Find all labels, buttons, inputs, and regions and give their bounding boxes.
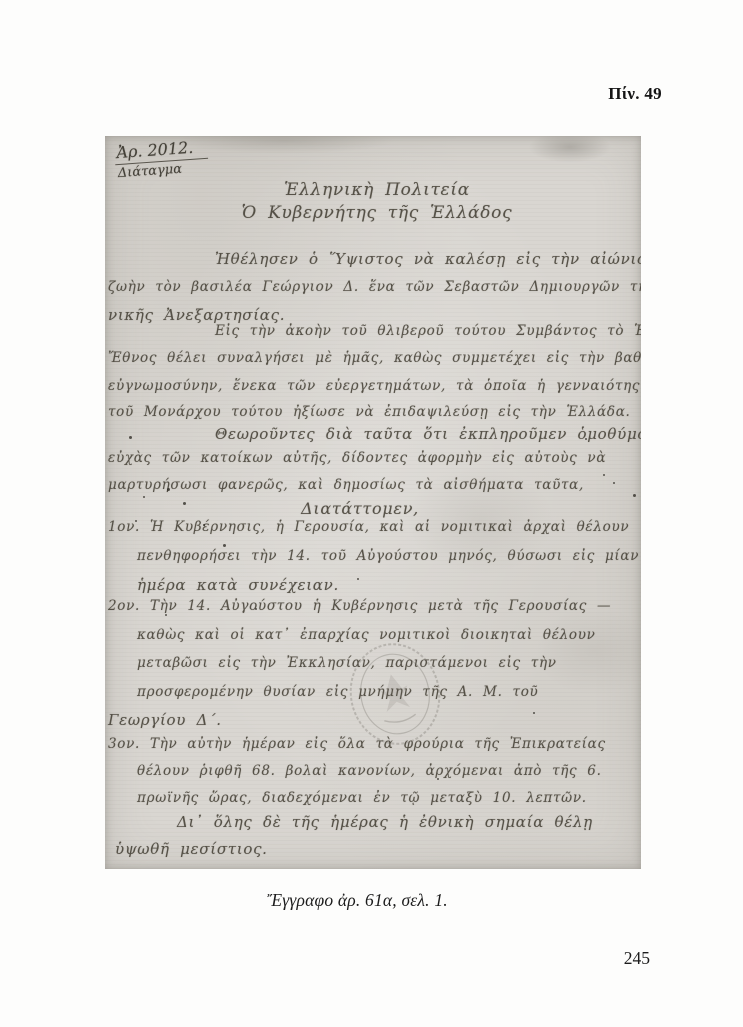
- manuscript-line: 2ον. Τὴν 14. Αὐγούστου ἡ Κυβέρνησις μετὰ…: [108, 598, 611, 614]
- ink-speck: [357, 578, 359, 580]
- manuscript-line: εὐχὰς τῶν κατοίκων αὐτῆς, δίδοντες ἀφορμ…: [108, 450, 606, 466]
- ink-speck: [223, 544, 226, 547]
- manuscript-line: Θεωροῦντες διὰ ταῦτα ὅτι ἐκπληροῦμεν ὁμο…: [215, 425, 641, 443]
- manuscript-line: ἡμέρα κατὰ συνέχειαν.: [137, 576, 339, 594]
- manuscript-line: Διατάττομεν,: [301, 499, 419, 518]
- manuscript-line: Δι᾿ ὅλης δὲ τῆς ἡμέρας ἡ ἐθνικὴ σημαία θ…: [177, 813, 593, 831]
- manuscript-line: καθὼς καὶ οἱ κατ᾿ ἐπαρχίας νομιτικοὶ διο…: [137, 627, 596, 643]
- manuscript-line: θέλουν ῥιφθῆ 68. βολαὶ κανονίων, ἀρχόμεν…: [137, 763, 602, 779]
- ink-speck: [255, 608, 257, 610]
- plate-number-label: Πίν. 49: [608, 84, 662, 104]
- ink-speck: [183, 502, 186, 505]
- page-number: 245: [624, 948, 650, 969]
- manuscript-line: Εἰς τὴν ἀκοὴν τοῦ θλιβεροῦ τούτου Συμβάν…: [215, 323, 641, 339]
- ink-speck: [129, 436, 132, 439]
- ink-speck: [135, 520, 137, 522]
- manuscript-line: εὐγνωμοσύνην, ἕνεκα τῶν εὐεργετημάτων, τ…: [108, 378, 640, 394]
- manuscript-line: πενθηφορήσει τὴν 14. τοῦ Αὐγούστου μηνός…: [137, 548, 639, 564]
- manuscript-line: ζωὴν τὸν βασιλέα Γεώργιον Δ. ἕνα τῶν Σεβ…: [108, 279, 641, 295]
- ink-speck: [167, 488, 170, 491]
- manuscript-line: Ὁ Κυβερνήτης τῆς Ἑλλάδος: [242, 203, 513, 223]
- figure-caption: Ἔγγραφο ἀρ. 61α, σελ. 1.: [85, 890, 630, 911]
- registration-block: Ἀρ. 2012. Διάταγμα: [114, 137, 209, 181]
- ink-speck: [143, 496, 145, 498]
- manuscript-line: νικῆς Ἀνεξαρτησίας.: [108, 306, 285, 324]
- manuscript-line: Γεωργίου Δ´.: [108, 711, 222, 729]
- manuscript-line: τοῦ Μονάρχου τούτου ἠξίωσε νὰ ἐπιδαψιλεύ…: [108, 404, 631, 420]
- ink-speck: [633, 494, 636, 497]
- ink-speck: [603, 474, 605, 476]
- ink-speck: [203, 524, 205, 526]
- manuscript-line: Ἑλληνικὴ Πολιτεία: [284, 180, 470, 200]
- bleed-through-stain: [535, 606, 641, 696]
- manuscript-line: 1ον. Ἡ Κυβέρνησις, ἡ Γερουσία, καὶ αἱ νο…: [108, 519, 629, 535]
- ink-speck: [585, 438, 587, 440]
- ink-speck: [437, 778, 439, 780]
- phoenix-seal-stamp: [332, 628, 457, 759]
- document-scan: Ἀρ. 2012. Διάταγμα Ἑλληνικὴ ΠολιτείαὉ Κυ…: [105, 136, 641, 869]
- ink-smudge: [525, 136, 615, 164]
- paper-stain: [175, 136, 395, 154]
- manuscript-line: Ἠθέλησεν ὁ Ὕψιστος νὰ καλέσῃ εἰς τὴν αἰώ…: [215, 250, 641, 268]
- book-page: Πίν. 49 Ἀρ. 2012. Διάταγμα Ἑλληνικὴ Πολι…: [0, 0, 743, 1027]
- ink-speck: [613, 482, 615, 484]
- manuscript-line: Ἔθνος θέλει συναλγήσει μὲ ἡμᾶς, καθὼς συ…: [108, 350, 641, 366]
- manuscript-line: προσφερομένην θυσίαν εἰς μνήμην τῆς Α. Μ…: [137, 684, 538, 700]
- ink-speck: [165, 614, 167, 616]
- manuscript-line: πρωϊνῆς ὥρας, διαδεχόμεναι ἐν τῷ μεταξὺ …: [137, 790, 587, 806]
- ink-speck: [533, 712, 535, 714]
- manuscript-line: ὑψωθῆ μεσίστιος.: [115, 840, 268, 858]
- manuscript-line: μαρτυρήσωσι φανερῶς, καὶ δημοσίως τὰ αἰσ…: [108, 477, 584, 493]
